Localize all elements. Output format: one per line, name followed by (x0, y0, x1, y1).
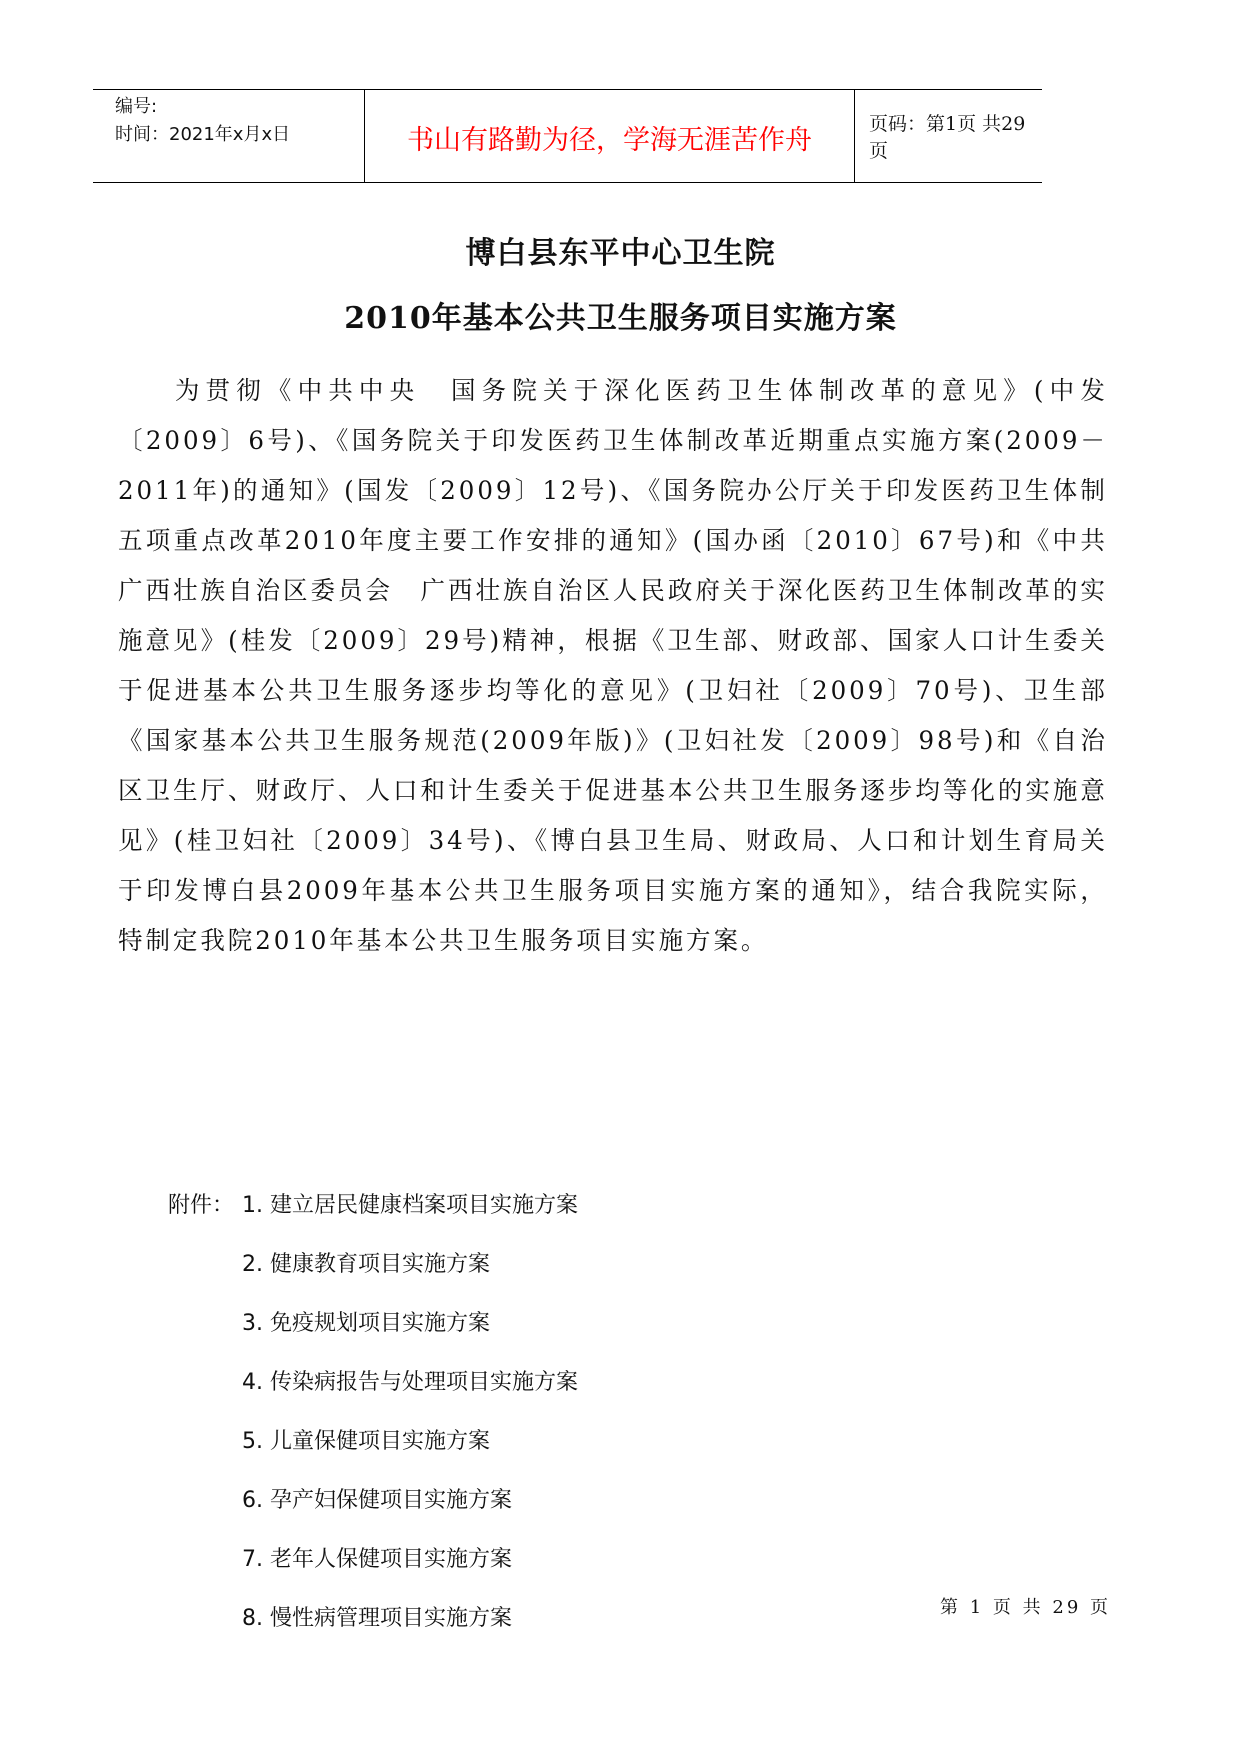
attachment-item-text: 2. 健康教育项目实施方案 (242, 1247, 490, 1278)
attachment-item-text: 3. 免疫规划项目实施方案 (242, 1306, 490, 1337)
document-title-line1: 博白县东平中心卫生院 (0, 228, 1241, 272)
attachment-item-text: 8. 慢性病管理项目实施方案 (242, 1601, 512, 1632)
attachment-item-text: 6. 孕产妇保健项目实施方案 (242, 1483, 512, 1514)
attachment-item: 5. 儿童保健项目实施方案 (168, 1410, 578, 1469)
document-title-line2: 2010年基本公共卫生服务项目实施方案 (0, 293, 1241, 337)
attachment-item: 6. 孕产妇保健项目实施方案 (168, 1469, 578, 1528)
header-meta-cell: 编号: 时间：2021年x月x日 (93, 90, 365, 182)
serial-number-label: 编号: (115, 93, 364, 121)
attachment-item: 2. 健康教育项目实施方案 (168, 1233, 578, 1292)
attachment-item: 8. 慢性病管理项目实施方案 (168, 1587, 578, 1646)
attachment-label: 附件： (168, 1188, 242, 1219)
footer-page-number: 第 1 页 共 29 页 (940, 1593, 1111, 1619)
body-paragraph: 为贯彻《中共中央 国务院关于深化医药卫生体制改革的意见》(中发〔2009〕6号)… (118, 366, 1108, 966)
attachment-list: 附件： 1. 建立居民健康档案项目实施方案 2. 健康教育项目实施方案 3. 免… (168, 1174, 578, 1646)
attachment-item: 附件： 1. 建立居民健康档案项目实施方案 (168, 1174, 578, 1233)
page-header: 编号: 时间：2021年x月x日 书山有路勤为径，学海无涯苦作舟 页码：第1页 … (93, 89, 1042, 183)
header-page-info: 页码：第1页 共29页 (855, 90, 1042, 182)
attachment-item-text: 5. 儿童保健项目实施方案 (242, 1424, 490, 1455)
date-label: 时间：2021年x月x日 (115, 121, 364, 149)
attachment-item: 3. 免疫规划项目实施方案 (168, 1292, 578, 1351)
attachment-item-text: 4. 传染病报告与处理项目实施方案 (242, 1365, 578, 1396)
attachment-item: 4. 传染病报告与处理项目实施方案 (168, 1351, 578, 1410)
attachment-item-text: 1. 建立居民健康档案项目实施方案 (242, 1188, 578, 1219)
attachment-item-text: 7. 老年人保健项目实施方案 (242, 1542, 512, 1573)
header-motto: 书山有路勤为径，学海无涯苦作舟 (365, 90, 855, 182)
attachment-item: 7. 老年人保健项目实施方案 (168, 1528, 578, 1587)
